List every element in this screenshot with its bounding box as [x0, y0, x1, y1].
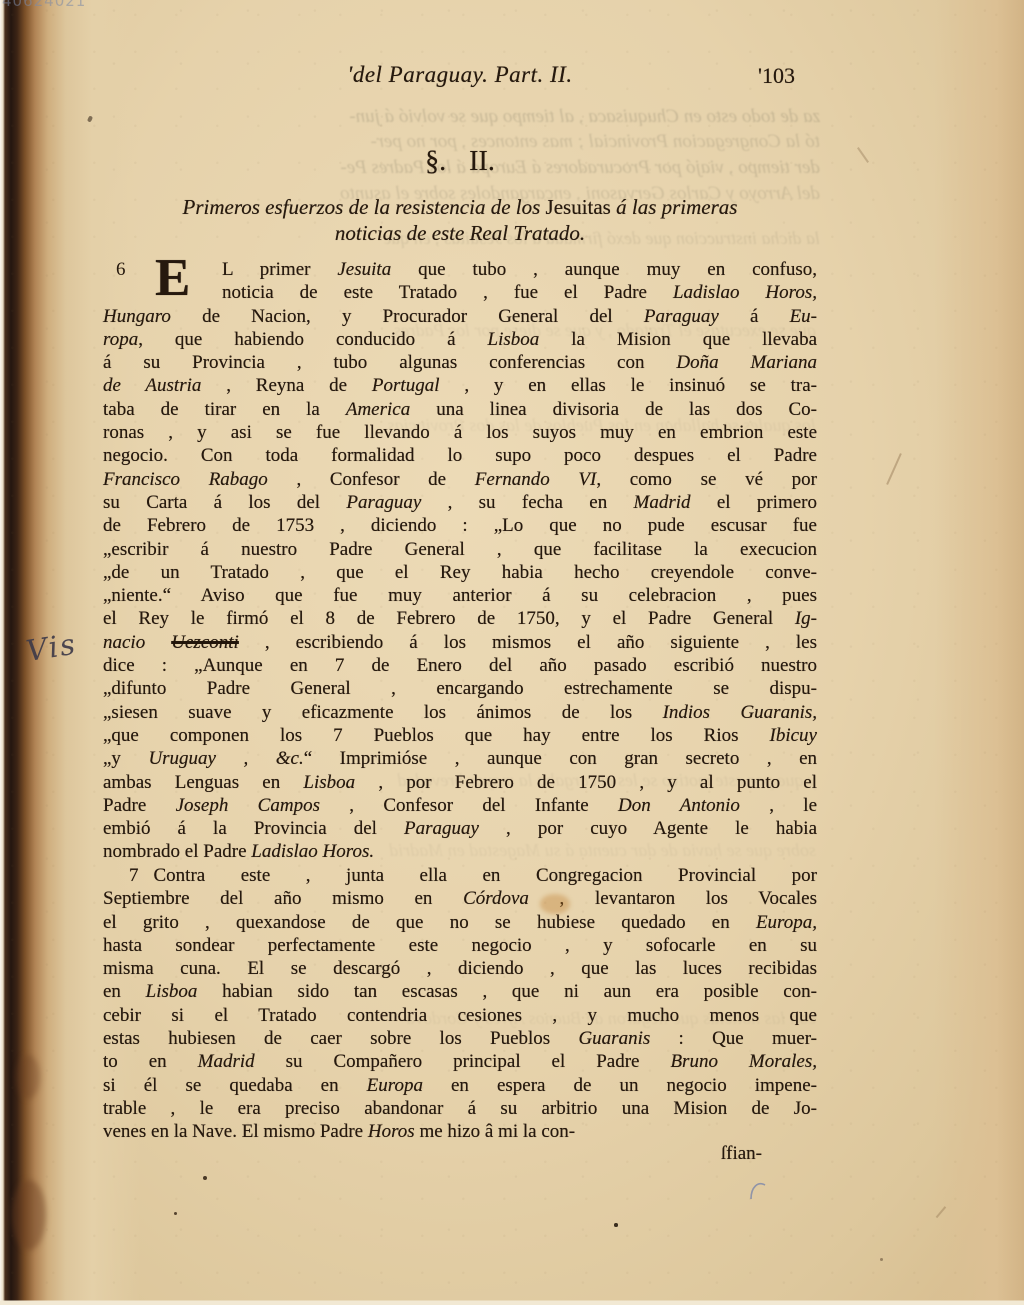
text-line: noticia de este Tratado , fue el Padre L…: [103, 281, 817, 304]
paragraph-6: 6 E L primer Jesuita que tubo , aunque m…: [103, 258, 817, 864]
paragraph-7-text: 7Contra este , junta ella en Congregacio…: [103, 864, 817, 1144]
catchword: ſfian-: [103, 1143, 817, 1165]
text-line: nacio Uezconti , escribiendo á los mismo…: [103, 631, 817, 654]
text-line: Francisco Rabago , Confesor de Fernando …: [103, 468, 817, 491]
ink-speck: [880, 1258, 883, 1261]
text-line: dice : „Aunque en 7 de Enero del año pas…: [103, 654, 817, 677]
text-line: Primeros esfuerzos de la resistencia de …: [103, 194, 817, 220]
text-line: noticias de este Real Tratado.: [103, 220, 817, 246]
text-line: „que componen los 7 Pueblos que hay entr…: [103, 724, 817, 747]
ghost-line: za de todo esto en Chuquisaca , al tiemp…: [100, 106, 820, 128]
text-line: Padre Joseph Campos , Confesor del Infan…: [103, 794, 817, 817]
text-line: venes en la Nave. El mismo Padre Horos m…: [103, 1120, 817, 1143]
text-line: 7Contra este , junta ella en Congregacio…: [103, 864, 817, 887]
text-line: á su Provincia , tubo algunas conferenci…: [103, 351, 817, 374]
text-line: en Lisboa habian sido tan escasas , que …: [103, 980, 817, 1003]
section-heading: §. II.: [103, 146, 817, 178]
paragraph-6-text: L primer Jesuita que tubo , aunque muy e…: [103, 258, 817, 864]
corner-watermark: 40624021: [2, 0, 86, 10]
text-line: cebir si el Tratado contendria cesiones …: [103, 1004, 817, 1027]
drop-cap-E: E: [155, 255, 190, 302]
pen-squiggle: [748, 1178, 768, 1202]
text-line: L primer Jesuita que tubo , aunque muy e…: [103, 258, 817, 281]
ink-speck: [203, 1176, 207, 1180]
scratch-mark: [857, 147, 869, 163]
scanned-book-page: 40624021 za de todo esto en Chuquisaca ,…: [0, 0, 1024, 1305]
running-title: 'del Paraguay. Part. II.: [103, 62, 817, 88]
text-line: „escribir á nuestro Padre General , que …: [103, 538, 817, 561]
ink-speck: [87, 115, 93, 122]
text-line: nombrado el Padre Ladislao Horos.: [103, 840, 817, 863]
text-line: misma cuna. El se descargó , diciendo , …: [103, 957, 817, 980]
text-line: „niente.“ Aviso que fue muy anterior á s…: [103, 584, 817, 607]
text-line: ronas , y asi se fue llevando á los suyo…: [103, 421, 817, 444]
scratch-mark: [936, 1206, 946, 1218]
text-line: „y Uruguay , &c.“ Imprimióse , aunque co…: [103, 747, 817, 770]
gutter-smudge: [12, 1180, 46, 1250]
text-line: Septiembre del año mismo en Córdova , le…: [103, 887, 817, 910]
text-line: Hungaro de Nacion, y Procurador General …: [103, 305, 817, 328]
handwritten-margin-note: Vis: [24, 622, 108, 668]
ink-speck: [174, 1212, 177, 1215]
text-line: taba de tirar en la America una linea di…: [103, 398, 817, 421]
text-line: el Rey le firmó el 8 de Febrero de 1750,…: [103, 607, 817, 630]
page-number: '103: [758, 63, 795, 89]
text-line: el grito , quexandose de que no se hubie…: [103, 911, 817, 934]
text-line: ambas Lenguas en Lisboa , por Febrero de…: [103, 771, 817, 794]
chapter-subtitle: Primeros esfuerzos de la resistencia de …: [103, 194, 817, 246]
text-line: embió á la Provincia del Paraguay , por …: [103, 817, 817, 840]
text-line: su Carta á los del Paraguay , su fecha e…: [103, 491, 817, 514]
scratch-mark: [886, 453, 902, 485]
text-line: estas hubiesen de caer sobre los Pueblos…: [103, 1027, 817, 1050]
text-line: si él se quedaba en Europa en espera de …: [103, 1074, 817, 1097]
text-line: „siesen suave y eficazmente los ánimos d…: [103, 701, 817, 724]
running-header: 'del Paraguay. Part. II. '103: [103, 62, 817, 92]
text-line: hasta sondear perfectamente este negocio…: [103, 934, 817, 957]
text-line: negocio. Con toda formalidad lo supo poc…: [103, 444, 817, 467]
ink-speck: [614, 1223, 618, 1227]
text-line: „difunto Padre General , encargando estr…: [103, 677, 817, 700]
paragraph-7: 7Contra este , junta ella en Congregacio…: [103, 864, 817, 1144]
text-line: to en Madrid su Compañero principal el P…: [103, 1050, 817, 1073]
text-line: ropa, que habiendo conducido á Lisboa la…: [103, 328, 817, 351]
text-line: trable , le era preciso abandonar á su a…: [103, 1097, 817, 1120]
text-line: de Febrero de 1753 , diciendo : „Lo que …: [103, 514, 817, 537]
text-line: de Austria , Reyna de Portugal , y en el…: [103, 374, 817, 397]
paragraph-number-6: 6: [116, 259, 126, 281]
text-line: „de un Tratado , que el Rey habia hecho …: [103, 561, 817, 584]
gutter-smudge: [16, 1055, 40, 1099]
